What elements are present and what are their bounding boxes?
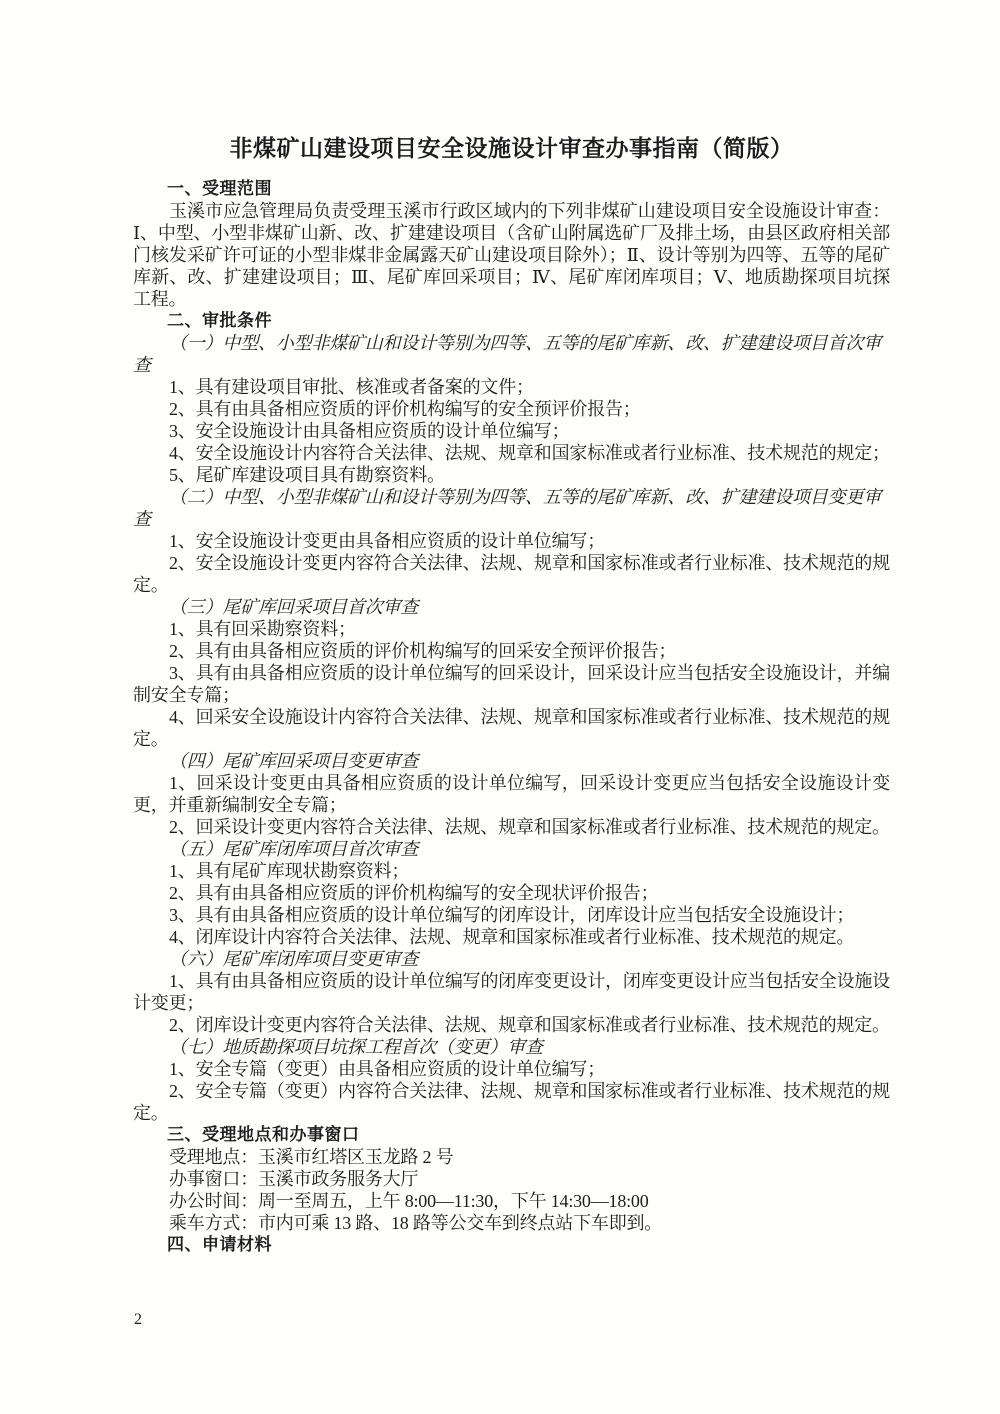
paragraph: 办事窗口：玉溪市政务服务大厅 [133,1168,890,1190]
section-heading: 四、申请材料 [133,1234,890,1256]
document-content: 非煤矿山建设项目安全设施设计审查办事指南（简版） 一、受理范围玉溪市应急管理局负… [133,134,890,1256]
paragraph: 2、具有由具备相应资质的评价机构编写的安全预评价报告； [133,398,890,420]
document-body: 一、受理范围玉溪市应急管理局负责受理玉溪市行政区域内的下列非煤矿山建设项目安全设… [133,178,890,1256]
paragraph: 1、具有由具备相应资质的设计单位编写的闭库变更设计，闭库变更设计应当包括安全设施… [133,970,890,1014]
subsection-heading: （七）地质勘探项目坑探工程首次（变更）审查 [133,1036,890,1058]
paragraph: 受理地点：玉溪市红塔区玉龙路 2 号 [133,1146,890,1168]
paragraph: 3、具有由具备相应资质的设计单位编写的闭库设计，闭库设计应当包括安全设施设计； [133,904,890,926]
subsection-heading: （二）中型、小型非煤矿山和设计等别为四等、五等的尾矿库新、改、扩建建设项目变更审… [133,486,890,530]
subsection-heading: （三）尾矿库回采项目首次审查 [133,596,890,618]
paragraph: 2、具有由具备相应资质的评价机构编写的回采安全预评价报告； [133,640,890,662]
paragraph: 4、回采安全设施设计内容符合关法律、法规、规章和国家标准或者行业标准、技术规范的… [133,706,890,750]
paragraph: 1、具有尾矿库现状勘察资料； [133,860,890,882]
paragraph: 4、安全设施设计内容符合关法律、法规、规章和国家标准或者行业标准、技术规范的规定… [133,442,890,464]
subsection-heading: （一）中型、小型非煤矿山和设计等别为四等、五等的尾矿库新、改、扩建建设项目首次审… [133,332,890,376]
paragraph: 1、具有回采勘察资料； [133,618,890,640]
paragraph: 2、安全专篇（变更）内容符合关法律、法规、规章和国家标准或者行业标准、技术规范的… [133,1080,890,1124]
subsection-heading: （五）尾矿库闭库项目首次审查 [133,838,890,860]
section-heading: 一、受理范围 [133,178,890,200]
document-title: 非煤矿山建设项目安全设施设计审查办事指南（简版） [133,134,890,164]
paragraph: 乘车方式：市内可乘 13 路、18 路等公交车到终点站下车即到。 [133,1212,890,1234]
paragraph: 1、具有建设项目审批、核准或者备案的文件； [133,376,890,398]
paragraph: 2、闭库设计变更内容符合关法律、法规、规章和国家标准或者行业标准、技术规范的规定… [133,1014,890,1036]
document-page: 非煤矿山建设项目安全设施设计审查办事指南（简版） 一、受理范围玉溪市应急管理局负… [0,0,1000,1414]
paragraph: 2、回采设计变更内容符合关法律、法规、规章和国家标准或者行业标准、技术规范的规定… [133,816,890,838]
paragraph: 1、回采设计变更由具备相应资质的设计单位编写，回采设计变更应当包括安全设施设计变… [133,772,890,816]
paragraph: 1、安全设施设计变更由具备相应资质的设计单位编写； [133,530,890,552]
paragraph: 2、安全设施设计变更内容符合关法律、法规、规章和国家标准或者行业标准、技术规范的… [133,552,890,596]
paragraph: 2、具有由具备相应资质的评价机构编写的安全现状评价报告； [133,882,890,904]
section-heading: 二、审批条件 [133,310,890,332]
paragraph: 4、闭库设计内容符合关法律、法规、规章和国家标准或者行业标准、技术规范的规定。 [133,926,890,948]
paragraph: 玉溪市应急管理局负责受理玉溪市行政区域内的下列非煤矿山建设项目安全设施设计审查：… [133,200,890,310]
paragraph: 5、尾矿库建设项目具有勘察资料。 [133,464,890,486]
paragraph: 3、具有由具备相应资质的设计单位编写的回采设计，回采设计应当包括安全设施设计，并… [133,662,890,706]
section-heading: 三、受理地点和办事窗口 [133,1124,890,1146]
paragraph: 3、安全设施设计由具备相应资质的设计单位编写； [133,420,890,442]
page-number: 2 [134,1310,142,1330]
subsection-heading: （四）尾矿库回采项目变更审查 [133,750,890,772]
paragraph: 办公时间：周一至周五，上午 8:00—11:30，下午 14:30—18:00 [133,1190,890,1212]
paragraph: 1、安全专篇（变更）由具备相应资质的设计单位编写； [133,1058,890,1080]
subsection-heading: （六）尾矿库闭库项目变更审查 [133,948,890,970]
